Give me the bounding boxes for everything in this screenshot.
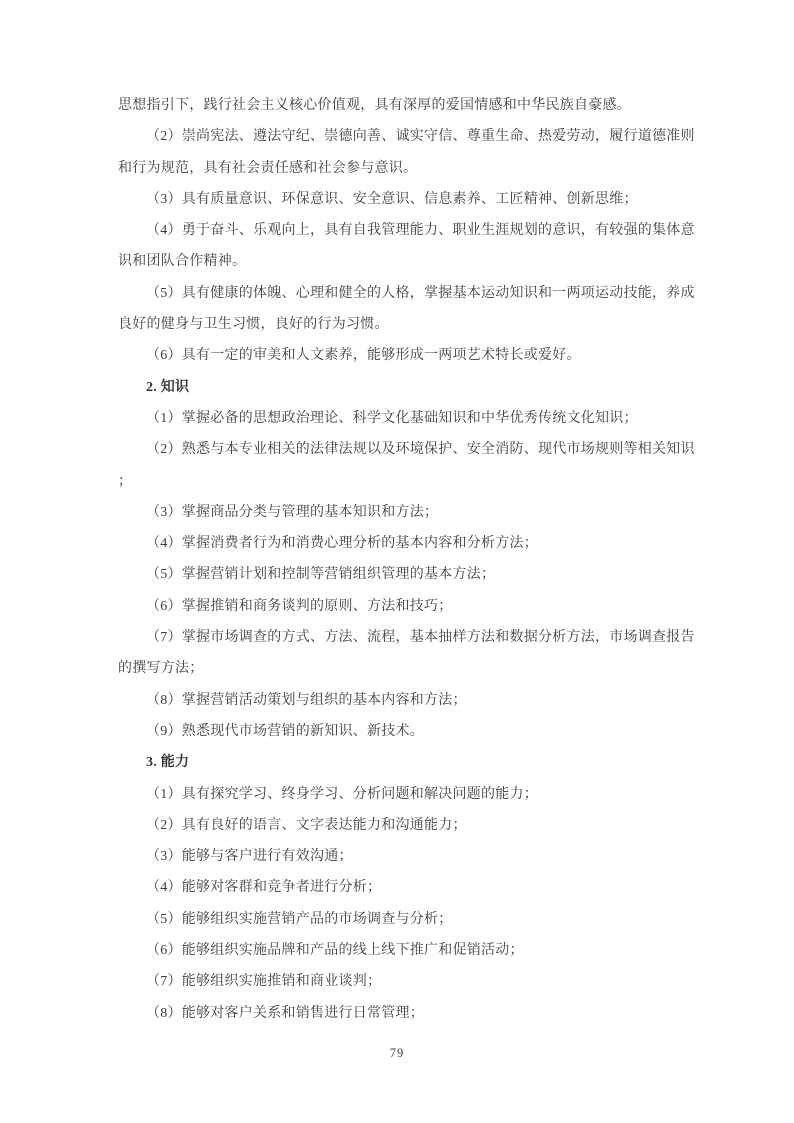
text-line: （5）能够组织实施营销产品的市场调查与分析；: [118, 904, 690, 935]
text-line: （4）掌握消费者行为和消费心理分析的基本内容和分析方法；: [118, 528, 690, 559]
text-line: （5）具有健康的体魄、心理和健全的人格，掌握基本运动知识和一两项运动技能，养成: [118, 278, 690, 309]
text-line: （3）具有质量意识、环保意识、安全意识、信息素养、工匠精神、创新思维；: [118, 184, 690, 215]
text-line: （8）掌握营销活动策划与组织的基本内容和方法；: [118, 685, 690, 716]
text-line: （6）具有一定的审美和人文素养，能够形成一两项艺术特长或爱好。: [118, 340, 690, 371]
document-page: 思想指引下，践行社会主义核心价值观，具有深厚的爱国情感和中华民族自豪感。（2）崇…: [0, 0, 794, 1123]
text-line: （2）熟悉与本专业相关的法律法规以及环境保护、安全消防、现代市场规则等相关知识: [118, 434, 690, 465]
text-line: 识和团队合作精神。: [118, 246, 690, 277]
text-line: （2）崇尚宪法、遵法守纪、崇德向善、诚实守信、尊重生命、热爱劳动，履行道德准则: [118, 121, 690, 152]
text-line: （6）掌握推销和商务谈判的原则、方法和技巧；: [118, 591, 690, 622]
text-line: （6）能够组织实施品牌和产品的线上线下推广和促销活动；: [118, 935, 690, 966]
text-line: 良好的健身与卫生习惯，良好的行为习惯。: [118, 309, 690, 340]
text-line: （2）具有良好的语言、文字表达能力和沟通能力；: [118, 810, 690, 841]
text-line: （1）掌握必备的思想政治理论、科学文化基础知识和中华优秀传统文化知识；: [118, 403, 690, 434]
section-heading: 2. 知识: [118, 372, 690, 403]
text-line: （4）勇于奋斗、乐观向上，具有自我管理能力、职业生涯规划的意识，有较强的集体意: [118, 215, 690, 246]
text-line: 和行为规范，具有社会责任感和社会参与意识。: [118, 153, 690, 184]
text-line: （9）熟悉现代市场营销的新知识、新技术。: [118, 716, 690, 747]
text-line: （5）掌握营销计划和控制等营销组织管理的基本方法；: [118, 559, 690, 590]
section-heading: 3. 能力: [118, 747, 690, 778]
text-line: 的撰写方法；: [118, 653, 690, 684]
page-number: 79: [390, 1046, 405, 1060]
text-line: （7）能够组织实施推销和商业谈判；: [118, 966, 690, 997]
page-footer: 79: [0, 1044, 794, 1062]
text-line: ；: [118, 466, 690, 497]
text-line: （3）掌握商品分类与管理的基本知识和方法；: [118, 497, 690, 528]
text-line: （1）具有探究学习、终身学习、分析问题和解决问题的能力；: [118, 779, 690, 810]
document-body: 思想指引下，践行社会主义核心价值观，具有深厚的爱国情感和中华民族自豪感。（2）崇…: [118, 90, 690, 1029]
text-line: （4）能够对客群和竞争者进行分析；: [118, 872, 690, 903]
text-line: 思想指引下，践行社会主义核心价值观，具有深厚的爱国情感和中华民族自豪感。: [118, 90, 690, 121]
text-line: （7）掌握市场调查的方式、方法、流程，基本抽样方法和数据分析方法，市场调查报告: [118, 622, 690, 653]
text-line: （3）能够与客户进行有效沟通；: [118, 841, 690, 872]
text-line: （8）能够对客户关系和销售进行日常管理；: [118, 998, 690, 1029]
